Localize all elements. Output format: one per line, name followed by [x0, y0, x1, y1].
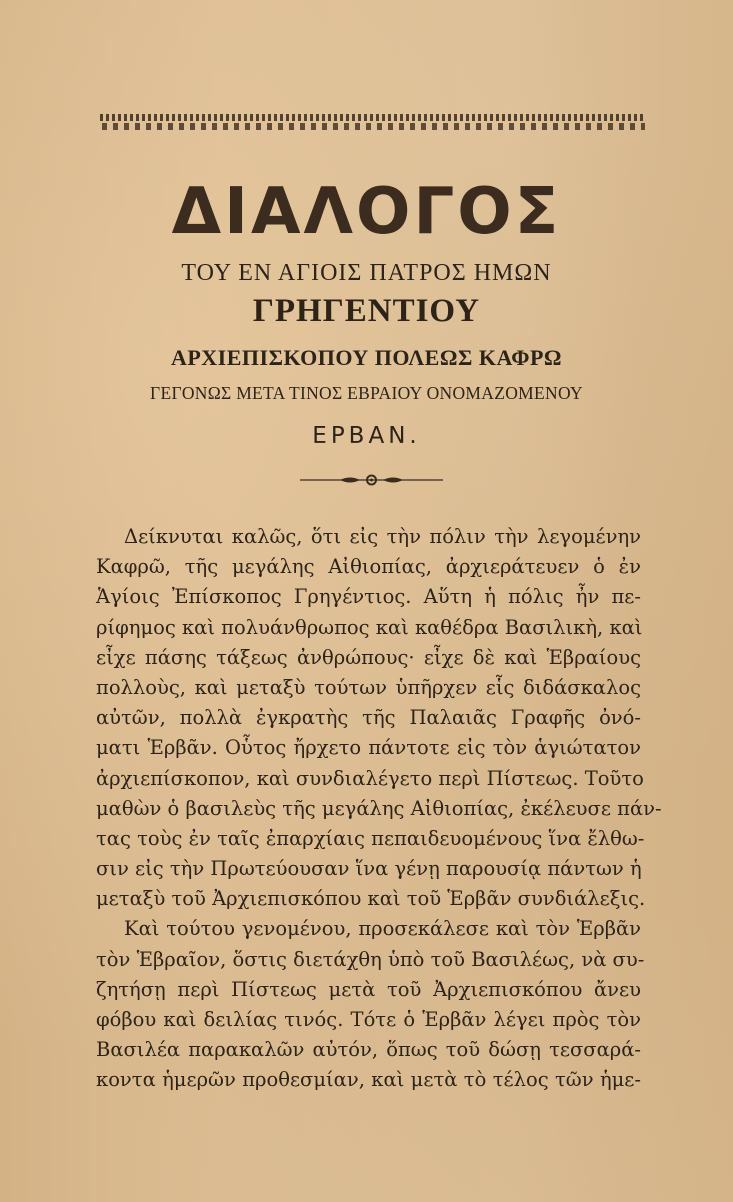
text-line: ζητήσῃ περὶ Πίστεως μετὰ τοῦ Ἀρχιεπισκόπ… — [96, 975, 641, 1005]
text-line: μαθὼν ὁ βασιλεὺς τῆς μεγάλης Αἰθιοπίας, … — [96, 794, 641, 824]
text-line: κοντα ἡμερῶν προθεσμίαν, καὶ μετὰ τὸ τέλ… — [96, 1065, 641, 1095]
text-line: Δείκνυται καλῶς, ὅτι εἰς τὴν πόλιν τὴν λ… — [96, 522, 641, 552]
text-line: εἶχε πάσης τάξεως ἀνθρώπους· εἶχε δὲ καὶ… — [96, 643, 641, 673]
subtitle-dialogue-line: ΓΕΓΟΝΩΣ ΜΕΤΑ ΤΙΝΟΣ ΕΒΡΑΙΟΥ ΟΝΟΜΑΖΟΜΕΝΟΥ — [0, 383, 733, 404]
text-line: Ἁγίοις Ἐπίσκοπος Γρηγέντιος. Αὕτη ἡ πόλι… — [96, 582, 641, 612]
text-line: μεταξὺ τοῦ Ἀρχιεπισκόπου καὶ τοῦ Ἑρβᾶν σ… — [96, 884, 641, 914]
paragraph-2: Καὶ τούτου γενομένου, προσεκάλεσε καὶ τὸ… — [96, 914, 641, 1095]
text-line: Βασιλέα παρακαλῶν αὐτόν, ὅπως τοῦ δώσῃ τ… — [96, 1035, 641, 1065]
text-line: ρίφημος καὶ πολυάνθρωπος καὶ καθέδρα Βασ… — [96, 613, 641, 643]
text-line: αὐτῶν, πολλὰ ἐγκρατὴς τῆς Παλαιᾶς Γραφῆς… — [96, 703, 641, 733]
ornamental-divider-icon — [300, 474, 443, 486]
text-line: πολλοὺς, καὶ μεταξὺ τούτων ὑπῆρχεν εἷς δ… — [96, 673, 641, 703]
subtitle-erban-name: ΕΡΒΑΝ. — [0, 423, 733, 449]
scanned-book-page: ΔΙΑΛΟΓΟΣ ΤΟΥ ΕΝ ΑΓΙΟΙΣ ΠΑΤΡΟΣ ΗΜΩΝ ΓΡΗΓΕ… — [0, 0, 733, 1202]
text-line: Καὶ τούτου γενομένου, προσεκάλεσε καὶ τὸ… — [96, 914, 641, 944]
text-line: σιν εἰς τὴν Πρωτεύουσαν ἵνα γένῃ παρουσί… — [96, 854, 641, 884]
text-line: Καφρῶ, τῆς μεγάλης Αἰθιοπίας, ἀρχιεράτευ… — [96, 552, 641, 582]
subtitle-line-1: ΤΟΥ ΕΝ ΑΓΙΟΙΣ ΠΑΤΡΟΣ ΗΜΩΝ — [0, 260, 733, 287]
paragraph-1: Δείκνυται καλῶς, ὅτι εἰς τὴν πόλιν τὴν λ… — [96, 522, 641, 914]
text-line: τὸν Ἑβραῖον, ὅστις διετάχθη ὑπὸ τοῦ Βασι… — [96, 945, 641, 975]
subtitle-saint-name: ΓΡΗΓΕΝΤΙΟΥ — [0, 293, 733, 330]
text-line: φόβου καὶ δειλίας τινός. Τότε ὁ Ἑρβᾶν λέ… — [96, 1005, 641, 1035]
decorative-top-border — [100, 112, 645, 132]
text-line: ματι Ἑρβᾶν. Οὗτος ἤρχετο πάντοτε εἰς τὸν… — [96, 733, 641, 763]
text-line: τας τοὺς ἐν ταῖς ἐπαρχίαις πεπαιδευομένο… — [96, 824, 641, 854]
body-text: Δείκνυται καλῶς, ὅτι εἰς τὴν πόλιν τὴν λ… — [96, 522, 641, 1096]
document-title: ΔΙΑΛΟΓΟΣ — [0, 177, 733, 247]
subtitle-archbishop-line: ΑΡΧΙΕΠΙΣΚΟΠΟΥ ΠΟΛΕΩΣ ΚΑΦΡΩ — [0, 345, 733, 371]
text-line: ἀρχιεπίσκοπον, καὶ συνδιαλέγετο περὶ Πίσ… — [96, 764, 641, 794]
